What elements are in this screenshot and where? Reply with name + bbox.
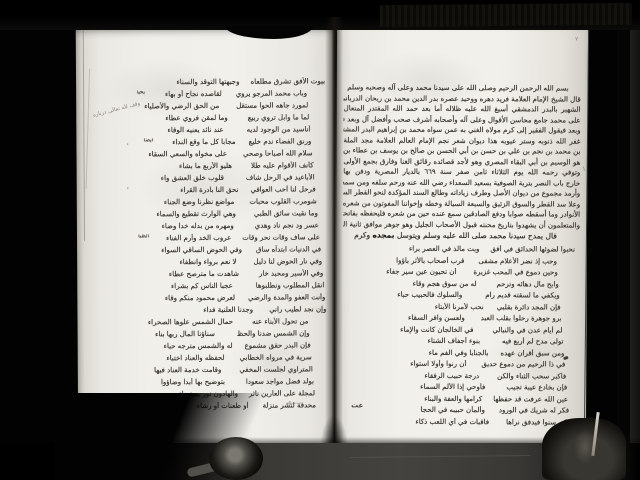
- hemistich-left: لعرض محمود منكم وقاء: [165, 294, 235, 302]
- hemistich-right: وباب محمد المرجو يروي: [236, 89, 307, 97]
- hemistich-right: فإن المجد دائرة بقلبي: [497, 303, 561, 311]
- left-page: وقف لله تعالى درباره ء ء بيوت الأفق تشرق…: [76, 26, 338, 447]
- hemistich-right: برو جوهرة رحلوا بقلب العبد: [481, 314, 562, 322]
- hemistich-right: وحب إذ نضر الأعلام مشفى: [478, 257, 556, 265]
- holding-finger: [536, 410, 632, 480]
- heading-text: وكرم: [354, 230, 372, 239]
- interlinear-gloss: يحيا: [137, 89, 145, 95]
- hemistich-left: من الحق الرضي والأصلياء: [144, 102, 219, 110]
- hemistich-left: وهي الوارث تقطيع والسماء: [156, 210, 235, 218]
- hemistich-left: والسلوك فالحبيب حباء: [397, 291, 462, 299]
- interlinear-gloss: الظبا: [138, 233, 149, 239]
- hemistich-left: مواضع نظرنا وضع الجناء: [164, 198, 235, 206]
- hemistich-right: فإن البدر حقق مشموع: [245, 341, 311, 349]
- hemistich-right: تولى مدح لم أربع فيه: [502, 337, 563, 345]
- hemistich-left: شاهدت ما مترصح عطاء: [169, 270, 239, 278]
- hemistich-left: وألمآن حبيبه في الحجا: [421, 406, 485, 414]
- hemistich-right: سلام الله أصباحا وصحي: [243, 149, 313, 157]
- hemistich-right: وإن نجد لطيب راني: [269, 305, 326, 313]
- hemistich-left: وقامت خدمة العناد فيها: [154, 366, 221, 374]
- hemistich-left: وجبهتها التوقد والسناء: [176, 78, 239, 86]
- hemistich-right: من تحول الأبناء عنه: [252, 317, 308, 325]
- hemistich-left: فاقبات في أي اللعب ذكاء: [415, 417, 489, 425]
- hemistich-right: نحبوا لضوئها الحدائق في أفق: [490, 245, 575, 253]
- hemistich-left: كرامها والعفة والبناء: [424, 394, 482, 402]
- hemistich-right: عين الله عرفت قد حفظها: [493, 395, 568, 403]
- hemistich-left: هليو الأربع ما بشاء: [179, 162, 232, 170]
- hemistich-right: لمورد جاهه الحوا مستقل: [236, 101, 308, 109]
- page-crease: [86, 69, 90, 189]
- hemistich-left: عروب الخد وأرم الفناء: [166, 234, 231, 242]
- hemistich-left: لقاصده نجاح أو بهاء: [165, 90, 222, 98]
- prose-line: وبعد فيقول الفقير إلى كرم مولاه الغني به…: [344, 124, 581, 136]
- hemistich-left: أن تحيون عين سير جفاء: [386, 268, 456, 276]
- hemistich-right: وإن الشمس ضدنا والحظ: [237, 329, 310, 337]
- hemistich-right: بولد فضل مواجد سعودا: [246, 377, 314, 385]
- hemistich-right: الأباعيد في الرحل شاف: [246, 173, 315, 181]
- hemistich-left: درجة حبيب الرفقاء: [424, 371, 479, 379]
- fore-edge-page-stack: [584, 22, 620, 443]
- hemistich-left: أن رنوا وأولا استواء: [410, 360, 466, 368]
- hemistich-right: لم أيام عدن في والنبالي: [492, 326, 562, 334]
- hemistich-right: فرحل لنا أحب العوافي: [250, 185, 315, 193]
- hemistich-left: عجبا الناس كم بشراء: [171, 282, 233, 290]
- hemistich-left: وجدنا العلنية فداء: [203, 306, 253, 314]
- hemistich-left: عند نائد يعنيه الوقاء: [168, 126, 224, 134]
- hemistich-right: عسر ود نجم ناد وهدي: [255, 221, 319, 229]
- hemistich-right: المتراوي لجلست المخفي: [239, 365, 313, 373]
- prose-line: بن محمد بن نجم بن علي بن حسن بن أبي الحس…: [343, 145, 580, 157]
- hemistich-left: نحق النا بادرة القراء: [180, 186, 238, 194]
- heading-emphasis: بمجده: [372, 231, 394, 240]
- hemistich-left: فأوحي إذا الألم السماء: [420, 383, 485, 391]
- hemistich-left: لحفظه والعناد اختباء: [166, 354, 224, 362]
- hemistich-left: ولعسن وافر السقاء: [408, 314, 465, 322]
- prose-line: بسم الله الرحمن الرحيم وصلى الله على سيد…: [344, 82, 581, 94]
- hemistich-left: قرب أصحاب بالأثر باؤوا: [396, 256, 464, 264]
- hemistich-right: فأكبر سحب الثناء والكن: [497, 372, 566, 380]
- hemistich-right: وما نقيت سائق الطبي: [254, 209, 318, 217]
- hemistich-left: سناؤنا المال ربها بناء: [155, 330, 215, 338]
- book-gutter: [325, 17, 343, 446]
- book-top-page-edges: [380, 3, 632, 27]
- right-page-prose-block: بسم الله الرحمن الرحيم وصلى الله على سيد…: [343, 82, 581, 230]
- hemistich-left: وما لمقن فروي عطاء: [165, 114, 227, 122]
- hemistich-right: لما ما وابل تروي ربيع: [248, 113, 310, 121]
- hemistich-left: في الخالجان كانت والإماء: [400, 325, 473, 333]
- hemistich-right: وابح مال دهائه وترحم: [496, 280, 558, 288]
- hemistich-left: وبت مالذ في العصر براء: [409, 245, 479, 253]
- hemistich-right: أناسيد من الوجود لديه: [247, 125, 311, 133]
- prose-line: الأنوادر وما أسقطه صوابا ودفع الصادقين س…: [343, 208, 580, 220]
- hemistich-right: سرية في مرواه الخطابي: [240, 353, 312, 361]
- hemistich-left: له من سوق هجم وقاء: [413, 279, 477, 287]
- hemistich-right: وحين دموع في المحب غزيرة: [473, 268, 557, 276]
- hemistich-right: ورنق الفضاء ندم خليع: [249, 137, 312, 145]
- manuscript-scan-photo: وقف لله تعالى درباره ء ء بيوت الأفق تشرق…: [0, 0, 640, 480]
- hemistich-left: له والشمس مترجه حباء: [164, 342, 233, 350]
- hemistich-left: بالجنايا وفي الفم ماء: [429, 348, 489, 356]
- page-crease: [83, 31, 85, 241]
- interlinear-gloss: أيضا: [144, 137, 154, 143]
- hemistich-left: بتوضيح بها أبدا وضاؤوا: [161, 378, 225, 386]
- hemistich-right: بيوت الأفق تشرق مطلعاه: [250, 77, 325, 85]
- hemistich-left: لا نعم برواء وانطفاء: [179, 258, 236, 266]
- hemistich-right: وفي نار الحوض لنا دليل: [253, 257, 322, 265]
- hemistich-right: ومن سبق أقران عهده: [500, 349, 564, 357]
- hemistich-right: وفي الأسير ومحبد خار: [259, 269, 323, 277]
- hemistich-left: نحب لأمرنا الأبتاء: [435, 302, 484, 310]
- hemistich-left: حمال الشمس علوها الصحراء: [148, 318, 233, 327]
- section-heading: قال يمدح سيدنا محمد صلى الله عليه وسلم و…: [343, 230, 568, 240]
- hemistich-right: في ذا الرحيم من دموع حديق: [481, 360, 565, 368]
- hemistich-left: ومهره من بدله خدا وضاء: [162, 222, 234, 230]
- prose-line: وتوفي رحمه الله يوم الثلاثاء ثامن صفر سن…: [343, 166, 580, 178]
- clamp-knob-body: [209, 437, 263, 480]
- hemistich-left: بنوء أجفاف الشتاء: [428, 337, 481, 345]
- page-number: ٧: [575, 36, 578, 43]
- prose-line: وأرمد مجموع من ديوان الأصل وطرف زياداته …: [343, 187, 580, 199]
- hemistich-left: قلوب خلق العشق واء: [161, 174, 224, 182]
- prose-line: الشهير بالبدر الدمشقي أسبغ الله عليه ظلا…: [344, 103, 581, 115]
- hemistich-right: في الدنيات ابتدآه ساق: [256, 245, 321, 253]
- hemistich-right: انقل المطلوب ونطلبوها: [256, 281, 325, 289]
- hemistich-right: كأنف الأقوام عليه طلا: [251, 161, 314, 169]
- hemistich-left: وفي الحوض الساقي السواء: [161, 246, 242, 254]
- hemistich-right: ويكفي ما لسقته قديم رام: [485, 291, 559, 299]
- book-cover-edge: [630, 0, 640, 480]
- page-clamp-knob: [203, 435, 267, 480]
- hemistich-left: مجابا كل ما وقع النداء: [172, 138, 236, 146]
- left-page-verse-block: بيوت الأفق تشرق مطلعاهوجبهتها التوقد وال…: [91, 77, 329, 414]
- heading-text: قال يمدح سيدنا محمد صلى الله عليه وسلم و…: [394, 231, 556, 241]
- hemistich-right: فإن بخادع عيبة تجيب: [506, 383, 567, 391]
- prose-line: والمتعلمون أن يشهدوا بتاريخ محنته قبول ا…: [343, 219, 580, 231]
- hemistich-right: وأنت العفو والمدة والرضي: [248, 293, 325, 301]
- margin-number: ١: [582, 166, 585, 173]
- hemistich-right: شومرب القلوب محبات: [249, 197, 316, 205]
- hemistich-right: على ساف وقات نحر وقات: [242, 233, 320, 241]
- right-page: ٧ بسم الله الرحمن الرحيم وصلى الله على س…: [335, 19, 588, 444]
- hemistich-left: على مخواه والسعي السقاء: [148, 150, 227, 158]
